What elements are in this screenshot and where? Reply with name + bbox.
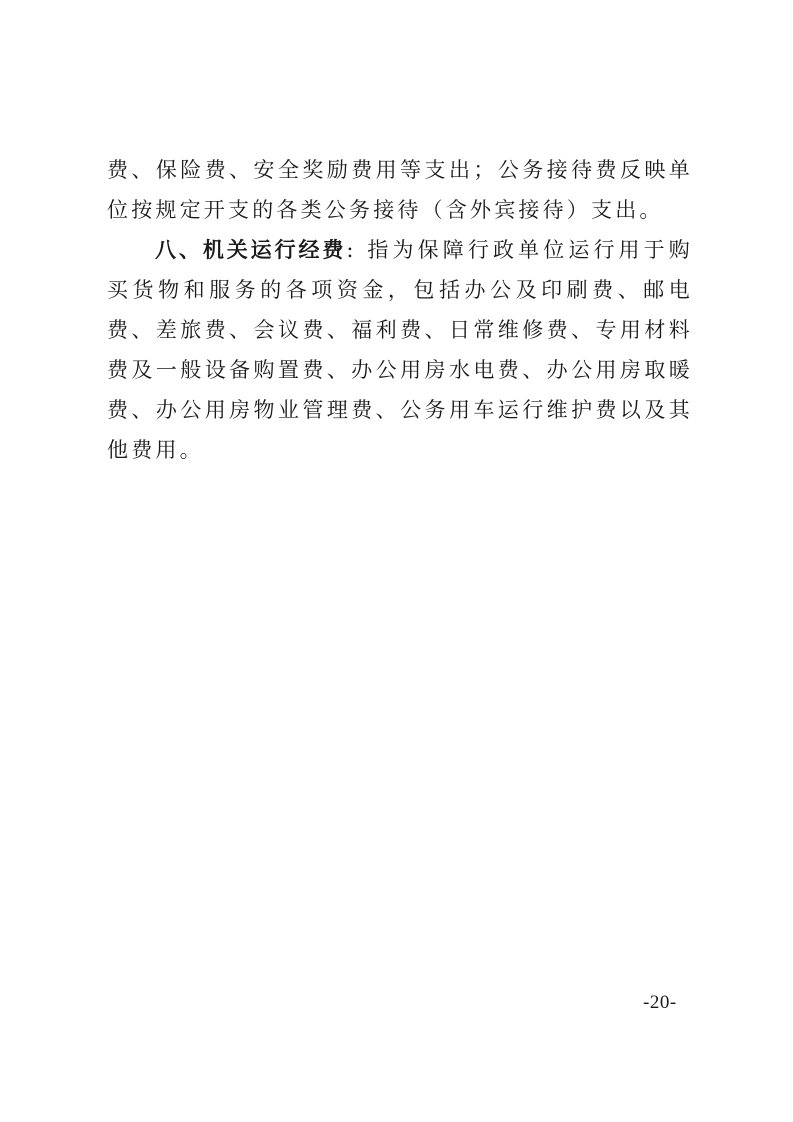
page-number: -20- — [643, 992, 677, 1014]
paragraph-operating-expenses: 八、机关运行经费: 指为保障行政单位运行用于购买货物和服务的各项资金，包括办公及… — [107, 230, 693, 470]
heading-separator: : — [346, 238, 356, 262]
paragraph-text: 指为保障行政单位运行用于购买货物和服务的各项资金，包括办公及印刷费、邮电费、差旅… — [107, 238, 693, 462]
document-body: 费、保险费、安全奖励费用等支出；公务接待费反映单位按规定开支的各类公务接待（含外… — [107, 150, 693, 470]
document-page: 费、保险费、安全奖励费用等支出；公务接待费反映单位按规定开支的各类公务接待（含外… — [0, 0, 793, 1122]
paragraph-expense-continuation: 费、保险费、安全奖励费用等支出；公务接待费反映单位按规定开支的各类公务接待（含外… — [107, 150, 693, 230]
section-heading: 八、机关运行经费 — [155, 238, 346, 262]
paragraph-text: 费、保险费、安全奖励费用等支出；公务接待费反映单位按规定开支的各类公务接待（含外… — [107, 158, 693, 222]
